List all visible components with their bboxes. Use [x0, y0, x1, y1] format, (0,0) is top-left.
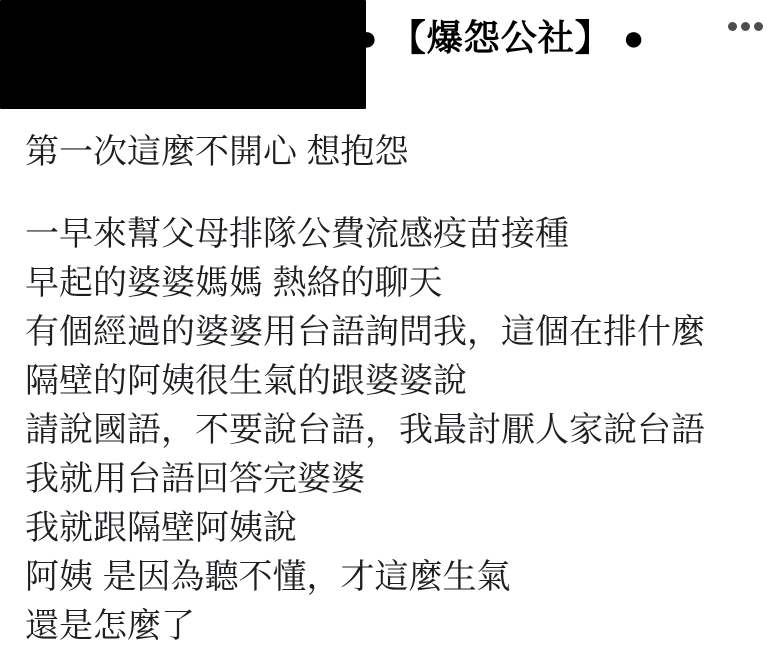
- post-text-line: 阿姨 是因為聽不懂，才這麼生氣: [25, 553, 765, 602]
- more-options-button[interactable]: [724, 14, 766, 38]
- post-text-line: 請說國語，不要說台語，我最討厭人家說台語: [25, 406, 765, 455]
- post-body: 第一次這麼不開心 想抱怨 一早來幫父母排隊公費流感疫苗接種 早起的婆婆媽媽 熱絡…: [25, 128, 765, 651]
- ellipsis-icon: [754, 22, 763, 31]
- post-text-line: 一早來幫父母排隊公費流感疫苗接種: [25, 210, 765, 259]
- redaction-box: [0, 0, 366, 109]
- post-text-line: 我就用台語回答完婆婆: [25, 455, 765, 504]
- post-card: ● 【爆怨公社】 ● 第一次這麼不開心 想抱怨 一早來幫父母排隊公費流感疫苗接種…: [0, 0, 775, 666]
- post-text-line: 有個經過的婆婆用台語詢問我，這個在排什麼: [25, 308, 765, 357]
- ellipsis-icon: [728, 22, 737, 31]
- post-text-line: 我就跟隔壁阿姨說: [25, 504, 765, 553]
- post-text-line: 隔壁的阿姨很生氣的跟婆婆說: [25, 357, 765, 406]
- post-text-line: 早起的婆婆媽媽 熱絡的聊天: [25, 259, 765, 308]
- post-text-line: 第一次這麼不開心 想抱怨: [25, 128, 765, 177]
- ellipsis-icon: [741, 22, 750, 31]
- post-text-line: 還是怎麼了: [25, 602, 765, 651]
- group-name-link[interactable]: ● 【爆怨公社】 ●: [356, 10, 646, 61]
